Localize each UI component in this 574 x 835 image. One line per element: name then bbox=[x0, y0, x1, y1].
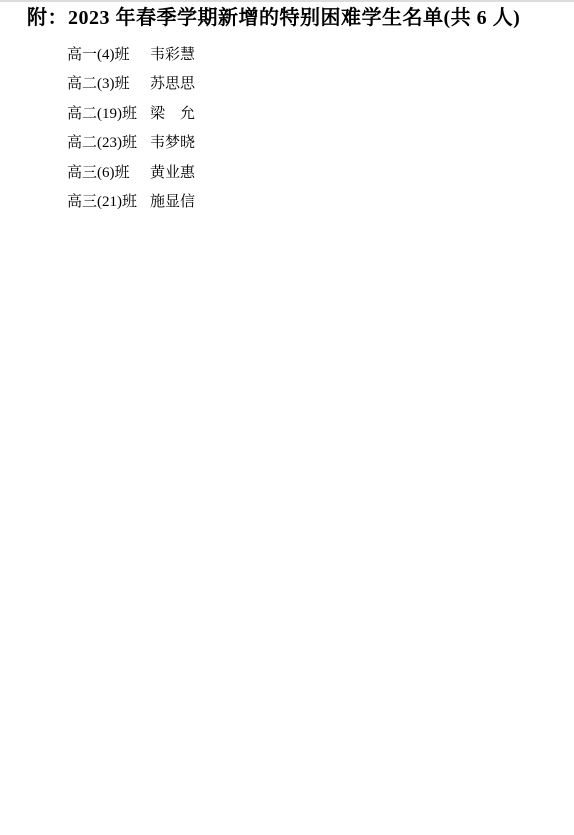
student-name: 施显信 bbox=[150, 188, 195, 217]
student-row: 高二(3)班苏思思 bbox=[67, 70, 195, 99]
student-list: 高一(4)班韦彩慧 高二(3)班苏思思 高二(19)班梁 允 高二(23)班韦梦… bbox=[67, 41, 195, 217]
student-name: 苏思思 bbox=[150, 70, 195, 99]
student-name: 韦梦晓 bbox=[150, 129, 195, 158]
student-name: 黄业惠 bbox=[150, 159, 195, 188]
student-row: 高二(23)班韦梦晓 bbox=[67, 129, 195, 158]
student-row: 高三(21)班施显信 bbox=[67, 188, 195, 217]
student-name: 韦彩慧 bbox=[150, 41, 195, 70]
student-class-label: 高三(21)班 bbox=[67, 188, 150, 217]
page-title: 附：2023 年春季学期新增的特别困难学生名单(共 6 人) bbox=[27, 7, 520, 29]
student-class-label: 高三(6)班 bbox=[67, 159, 150, 188]
student-row: 高三(6)班黄业惠 bbox=[67, 159, 195, 188]
student-class-label: 高二(3)班 bbox=[67, 70, 150, 99]
student-class-label: 高二(23)班 bbox=[67, 129, 150, 158]
student-row: 高二(19)班梁 允 bbox=[67, 100, 195, 129]
student-name: 梁 允 bbox=[150, 100, 195, 129]
student-row: 高一(4)班韦彩慧 bbox=[67, 41, 195, 70]
student-class-label: 高二(19)班 bbox=[67, 100, 150, 129]
page-top-border bbox=[0, 0, 574, 2]
document-page: 附：2023 年春季学期新增的特别困难学生名单(共 6 人) 高一(4)班韦彩慧… bbox=[0, 0, 574, 835]
student-class-label: 高一(4)班 bbox=[67, 41, 150, 70]
